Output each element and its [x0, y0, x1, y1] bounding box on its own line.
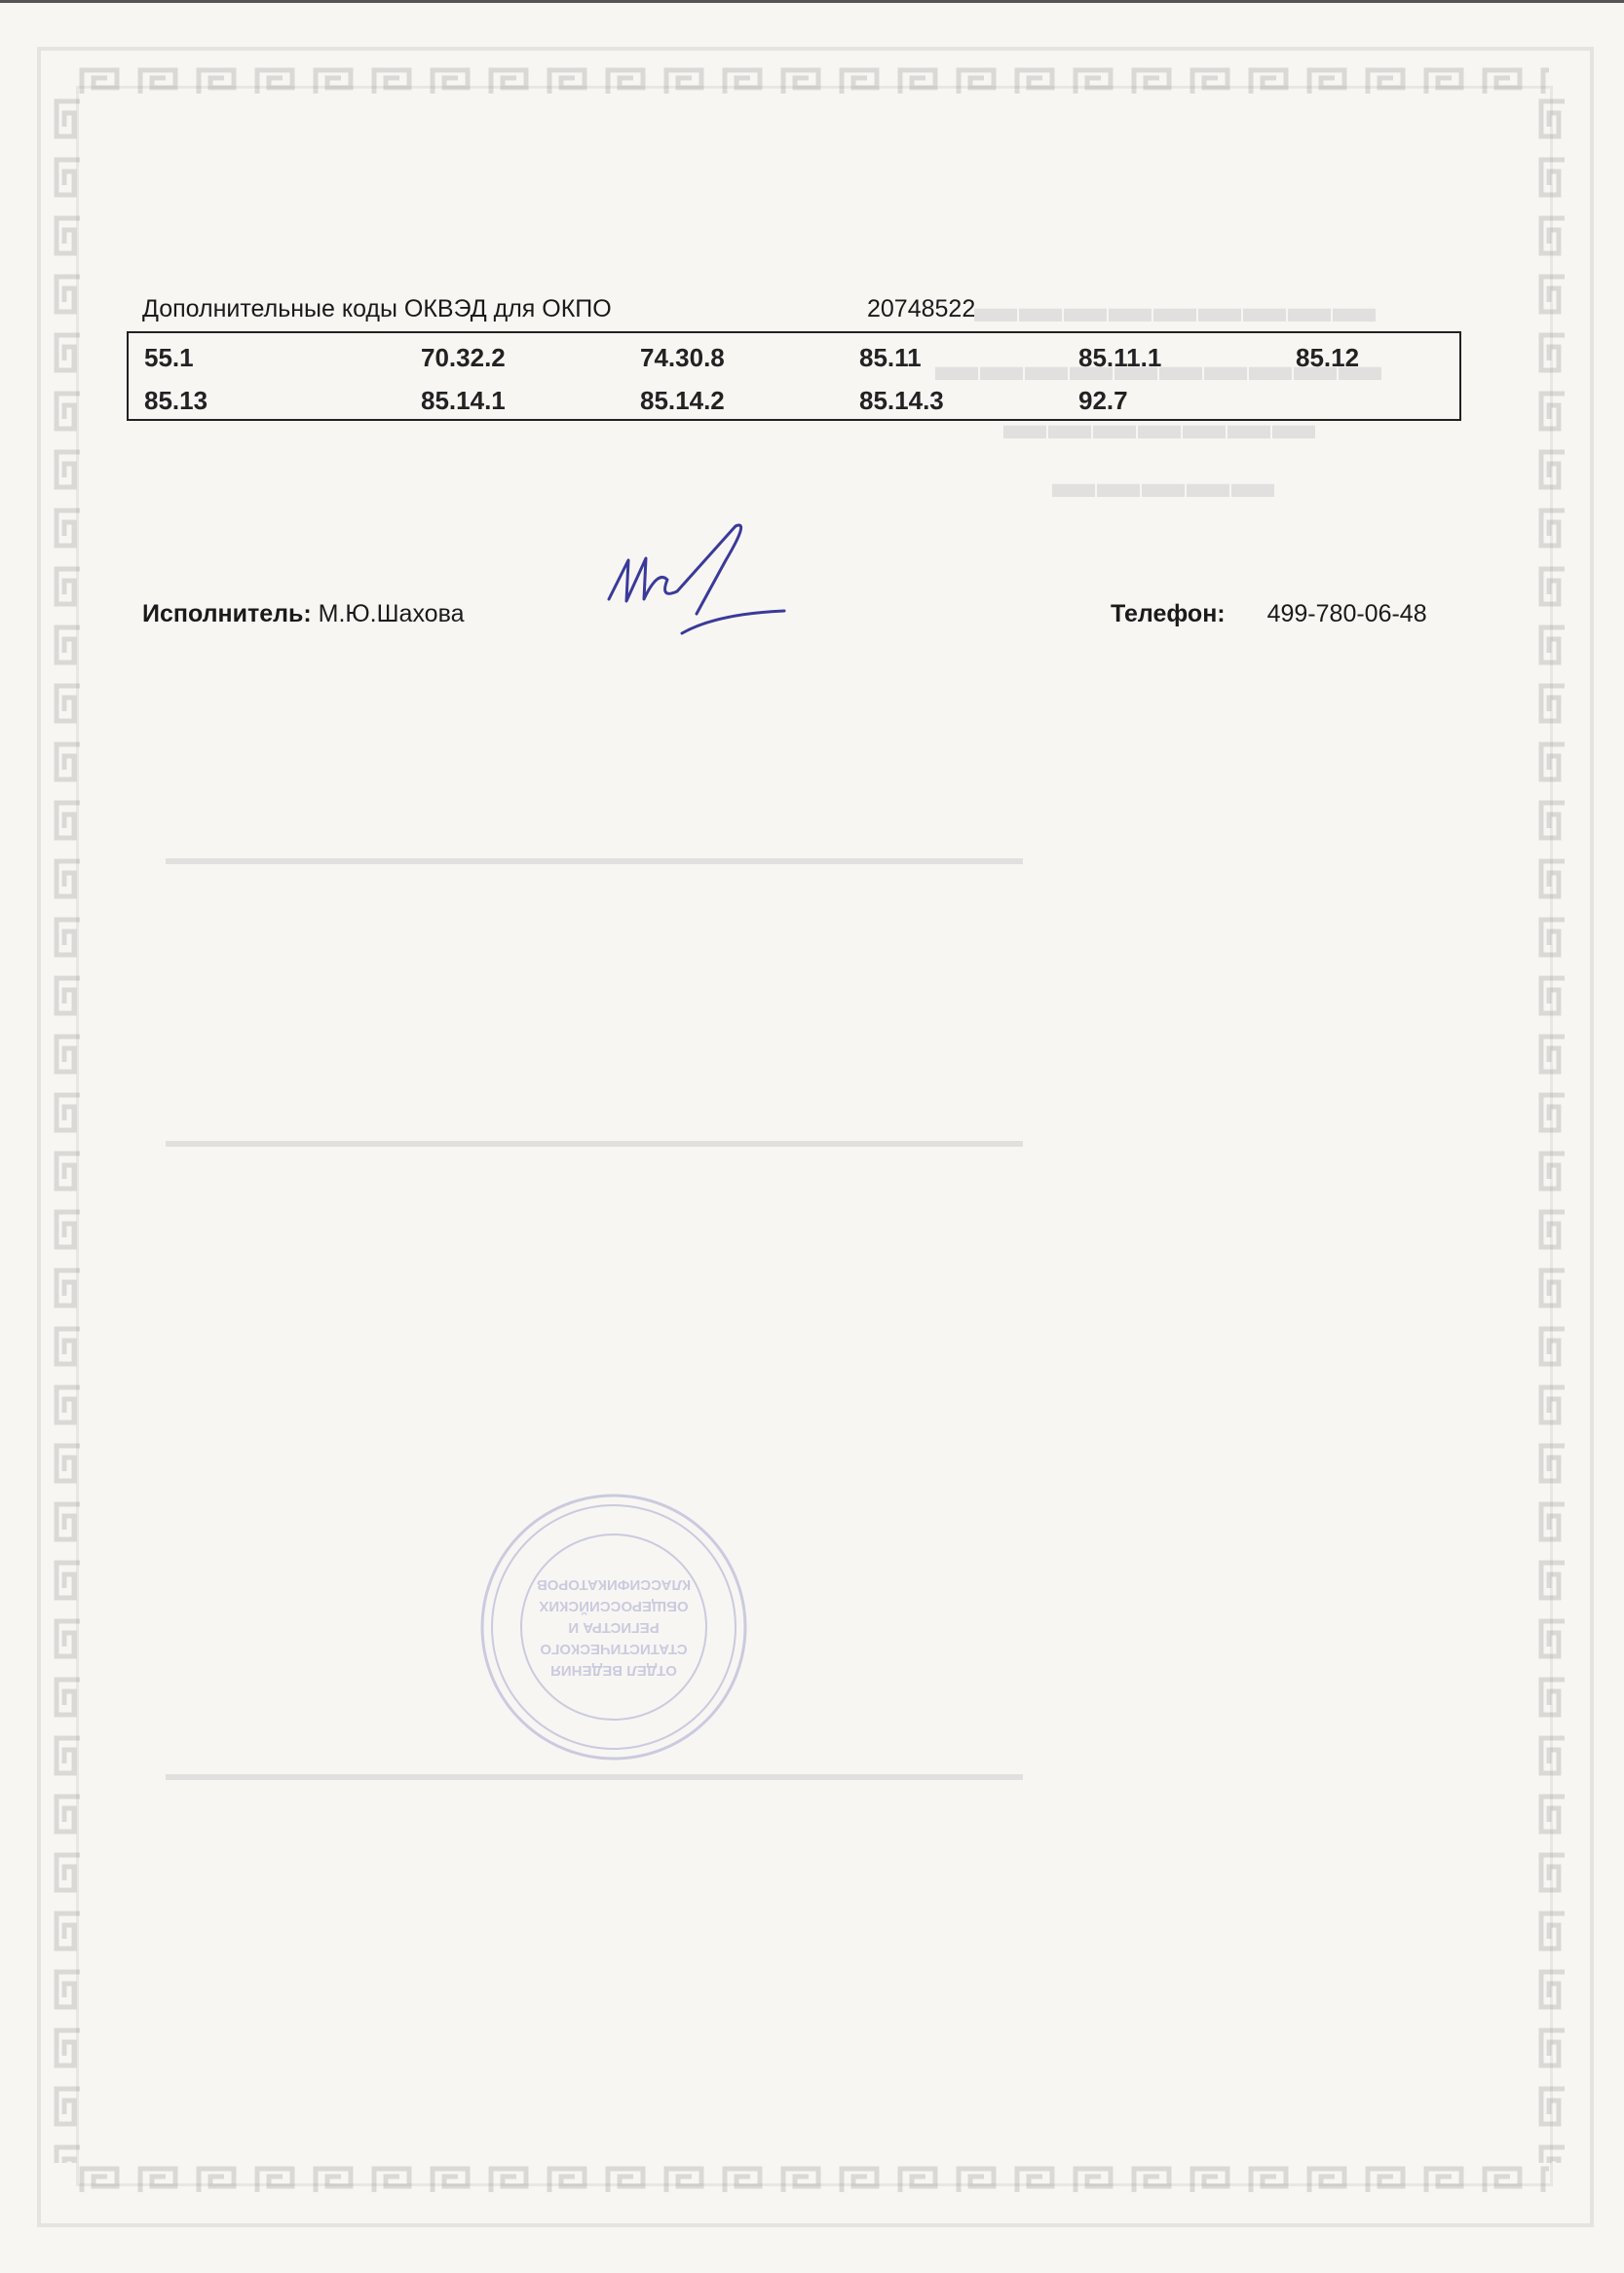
okved-code: 85.11	[859, 343, 922, 373]
bleed-through-text: ▬▬▬▬▬▬▬▬▬	[974, 283, 1378, 332]
okved-code: 85.11.1	[1078, 343, 1161, 373]
bleed-through-text: ▬▬▬▬▬▬▬▬▬▬▬▬▬▬▬▬▬▬▬▬▬▬▬▬▬▬▬▬▬▬▬▬▬▬▬▬▬▬▬▬…	[166, 1130, 1023, 1153]
okved-code: 55.1	[144, 343, 194, 373]
official-stamp: ОТДЕЛ ВЕДЕНИЯ СТАТИСТИЧЕСКОГО РЕГИСТРА И…	[468, 1486, 760, 1768]
executor: Исполнитель: М.Ю.Шахова	[142, 600, 464, 628]
stamp-line: СТАТИСТИЧЕСКОГО	[540, 1641, 688, 1657]
phone-value: 499-780-06-48	[1267, 600, 1427, 627]
phone: Телефон: 499-780-06-48	[1111, 600, 1427, 628]
scan-edge	[0, 0, 1624, 3]
bleed-through-text: ▬▬▬▬▬	[1052, 458, 1276, 508]
greek-key-border-bottom	[78, 2163, 1549, 2198]
greek-key-border-top	[78, 64, 1549, 99]
okpo-number: 20748522	[867, 295, 975, 323]
okved-code: 92.7	[1078, 386, 1128, 416]
bleed-through-text: ▬▬▬▬▬▬▬▬▬▬▬▬▬▬▬▬▬▬▬▬▬▬▬▬▬▬▬▬▬▬▬▬▬▬▬▬▬▬▬▬…	[166, 848, 1023, 870]
okved-code: 70.32.2	[421, 343, 506, 373]
phone-label: Телефон:	[1111, 600, 1226, 627]
stamp-line: РЕГИСТРА И	[568, 1619, 659, 1636]
stamp-line: ОБЩЕРОССИЙСКИХ	[539, 1598, 688, 1615]
okved-header-label: Дополнительные коды ОКВЭД для ОКПО	[142, 295, 612, 323]
okved-codes-table: 55.1 70.32.2 74.30.8 85.11 85.11.1 85.12…	[127, 331, 1461, 421]
stamp-line: КЛАССИФИКАТОРОВ	[537, 1576, 691, 1593]
okved-code: 74.30.8	[640, 343, 725, 373]
executor-name: М.Ю.Шахова	[319, 600, 465, 627]
okved-code: 85.13	[144, 386, 208, 416]
okved-code: 85.14.3	[859, 386, 944, 416]
okved-code: 85.14.2	[640, 386, 725, 416]
signature	[589, 521, 823, 638]
greek-key-border-left	[51, 97, 86, 2163]
okved-code: 85.14.1	[421, 386, 506, 416]
executor-label: Исполнитель:	[142, 600, 312, 627]
stamp-line: ОТДЕЛ ВЕДЕНИЯ	[550, 1662, 677, 1679]
okved-code: 85.12	[1296, 343, 1359, 373]
greek-key-border-right	[1535, 97, 1570, 2163]
